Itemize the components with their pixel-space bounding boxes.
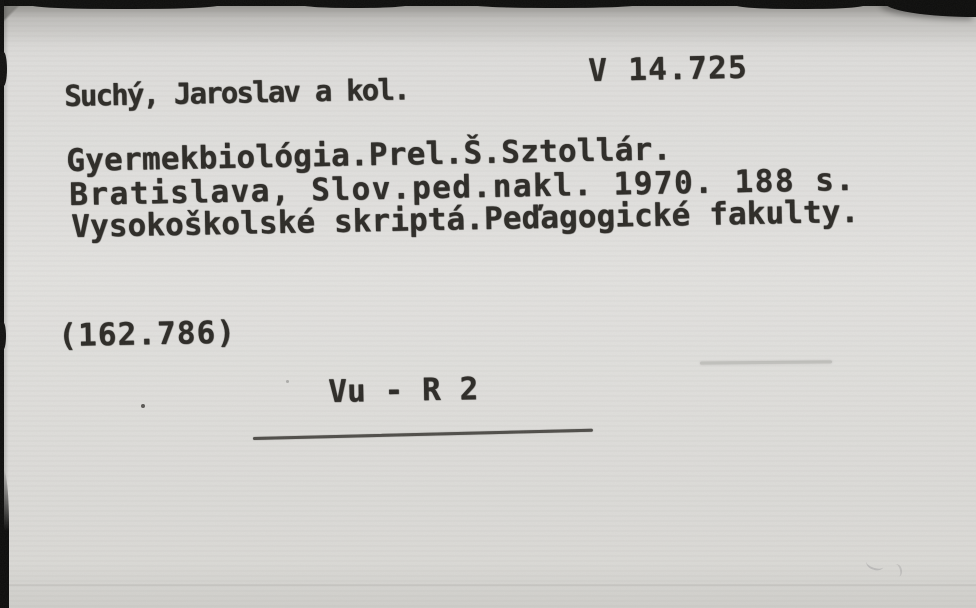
card-bottom-edge-line [0,584,976,586]
scan-edge-top-segment [30,0,220,9]
faint-smudge [700,360,832,364]
location-code: Vu - R 2 [328,374,479,408]
underline-rule [253,429,593,440]
scan-edge-bottom-left [0,468,9,608]
scan-edge-top-segment [470,0,640,8]
ink-speck [141,404,145,408]
author-line: Suchý, Jaroslav a kol. [64,75,409,111]
scan-edge-left-bump [0,52,7,86]
top-edge-shadow [0,4,976,46]
udc-number: (162.786) [58,318,236,352]
scan-edge-left-bump [0,322,6,350]
library-catalog-card-scan: Suchý, Jaroslav a kol. V 14.725 Gyermekb… [0,0,976,608]
scan-edge-top-segment [300,0,410,8]
ink-speck [286,380,289,383]
call-number: V 14.725 [588,53,748,87]
scan-edge-top-segment [735,0,865,9]
